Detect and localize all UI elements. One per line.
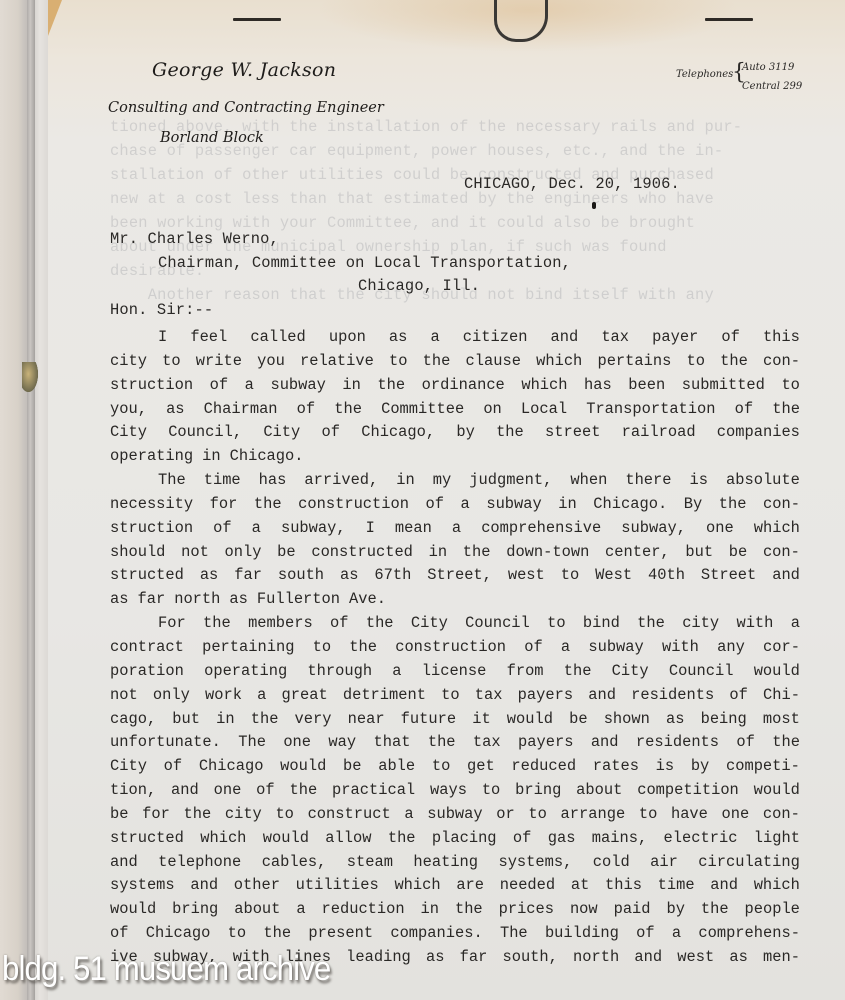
word: the bbox=[564, 660, 592, 684]
telephone-central: Central 299 bbox=[742, 81, 802, 92]
word: comprehensive bbox=[481, 517, 601, 541]
word: work bbox=[205, 684, 242, 708]
recipient-city: Chicago, Ill. bbox=[358, 277, 480, 295]
word: at bbox=[571, 874, 589, 898]
word: in bbox=[202, 445, 220, 469]
word: companies. bbox=[390, 922, 482, 946]
word: The bbox=[238, 731, 266, 755]
word: as bbox=[389, 326, 407, 350]
word: about bbox=[576, 779, 622, 803]
word: as bbox=[729, 946, 747, 970]
word: con- bbox=[763, 803, 800, 827]
word: tax bbox=[601, 326, 629, 350]
word: 67th bbox=[374, 564, 411, 588]
word: Committee bbox=[381, 398, 464, 422]
word: you bbox=[257, 350, 285, 374]
word: tax bbox=[475, 684, 503, 708]
word: of bbox=[426, 493, 444, 517]
word: for bbox=[142, 803, 170, 827]
word: one bbox=[214, 779, 242, 803]
word: the bbox=[254, 493, 282, 517]
word: would bbox=[263, 827, 309, 851]
word: and bbox=[171, 779, 199, 803]
word: tax bbox=[473, 731, 501, 755]
word: cago, bbox=[110, 708, 156, 732]
word: subway bbox=[486, 493, 541, 517]
word: construct bbox=[308, 803, 391, 827]
word: men- bbox=[763, 946, 800, 970]
body-line: beforthecitytoconstructasubwayortoarrang… bbox=[110, 803, 800, 827]
word: the bbox=[637, 612, 665, 636]
watermark: bldg. 51 musuem archive bbox=[2, 950, 330, 989]
word: building bbox=[545, 922, 619, 946]
word: I bbox=[366, 517, 375, 541]
word: only bbox=[225, 541, 262, 565]
word: City bbox=[263, 421, 300, 445]
word: would bbox=[507, 708, 553, 732]
word: the bbox=[701, 898, 729, 922]
word: By bbox=[684, 493, 702, 517]
word: be bbox=[343, 755, 361, 779]
word: but bbox=[685, 541, 713, 565]
word: the bbox=[772, 731, 800, 755]
word: as bbox=[426, 946, 444, 970]
word: or bbox=[496, 803, 514, 827]
word: in bbox=[421, 898, 439, 922]
word: and bbox=[710, 874, 738, 898]
word: of bbox=[524, 636, 542, 660]
word: cold bbox=[593, 851, 630, 875]
word: which bbox=[754, 874, 800, 898]
word: mean bbox=[395, 517, 432, 541]
word: the bbox=[720, 350, 748, 374]
word: present bbox=[308, 922, 373, 946]
word: to bbox=[528, 803, 546, 827]
word: very bbox=[295, 708, 332, 732]
word: far bbox=[460, 946, 488, 970]
word: city bbox=[225, 803, 262, 827]
body-line: structionofasubwayintheordinancewhichhas… bbox=[110, 374, 800, 398]
word: the bbox=[388, 827, 416, 851]
word: be bbox=[277, 541, 295, 565]
word: a bbox=[430, 326, 439, 350]
word: near bbox=[348, 708, 385, 732]
word: construction bbox=[298, 493, 409, 517]
word: bind bbox=[583, 612, 620, 636]
word: would bbox=[754, 660, 800, 684]
word: Council bbox=[465, 612, 530, 636]
word: has bbox=[584, 374, 612, 398]
word: Council bbox=[669, 660, 734, 684]
word: time bbox=[658, 874, 695, 898]
word: City bbox=[612, 660, 649, 684]
word: a bbox=[791, 612, 800, 636]
body-line: Ifeelcalleduponasacitizenandtaxpayerofth… bbox=[110, 326, 800, 350]
letterhead-title: Consulting and Contracting Engineer bbox=[108, 100, 384, 116]
word: be bbox=[729, 541, 747, 565]
word: to bbox=[275, 803, 293, 827]
body-line: ofChicagotothepresentcompanies.Thebuildi… bbox=[110, 922, 800, 946]
word: one bbox=[722, 803, 750, 827]
word: upon bbox=[329, 326, 366, 350]
word: payer bbox=[652, 326, 698, 350]
body-line: structionofasubway,Imeanacomprehensivesu… bbox=[110, 517, 800, 541]
word: paid bbox=[614, 898, 651, 922]
word: west bbox=[508, 564, 545, 588]
word: in bbox=[342, 374, 360, 398]
word: a bbox=[245, 374, 254, 398]
word: been bbox=[628, 374, 665, 398]
word: the bbox=[719, 493, 747, 517]
word: of bbox=[729, 684, 747, 708]
word: and bbox=[551, 326, 579, 350]
word: con- bbox=[763, 541, 800, 565]
word: comprehens- bbox=[698, 922, 800, 946]
word: necessity bbox=[110, 493, 193, 517]
letter-body: Ifeelcalleduponasacitizenandtaxpayerofth… bbox=[110, 326, 800, 970]
word: but bbox=[172, 708, 200, 732]
word: most bbox=[763, 708, 800, 732]
word: as bbox=[200, 564, 218, 588]
word: ordinance bbox=[422, 374, 505, 398]
body-line: structedwhichwouldallowtheplacingofgasma… bbox=[110, 827, 800, 851]
word: bring bbox=[172, 898, 218, 922]
body-line: porationoperatingthroughalicensefromtheC… bbox=[110, 660, 800, 684]
word: of bbox=[513, 827, 531, 851]
word: have bbox=[671, 803, 708, 827]
word: railroad bbox=[622, 421, 696, 445]
word: center, bbox=[605, 541, 670, 565]
word: the bbox=[334, 398, 362, 422]
binder-rod bbox=[27, 0, 35, 1000]
telephones-label: Telephones bbox=[676, 69, 733, 80]
word: cables, bbox=[262, 851, 327, 875]
word: the bbox=[463, 541, 491, 565]
word: as bbox=[166, 398, 184, 422]
word: for bbox=[210, 493, 238, 517]
word: of bbox=[110, 922, 128, 946]
recipient-name: Mr. Charles Werno, bbox=[110, 230, 279, 248]
word: you, bbox=[110, 398, 147, 422]
body-line: CityCouncil,CityofChicago,bythestreetrai… bbox=[110, 421, 800, 445]
word: a bbox=[672, 922, 681, 946]
word: the bbox=[428, 731, 456, 755]
word: which bbox=[754, 517, 800, 541]
word: which bbox=[521, 374, 567, 398]
word: electric bbox=[664, 827, 738, 851]
body-line: ForthemembersoftheCityCounciltobindtheci… bbox=[110, 612, 800, 636]
word: to bbox=[441, 684, 459, 708]
word: of bbox=[213, 517, 231, 541]
word: steam bbox=[347, 851, 393, 875]
word: it bbox=[472, 708, 490, 732]
word: subway, bbox=[621, 517, 686, 541]
word: Chicago bbox=[146, 922, 211, 946]
body-line: citytowriteyourelativetotheclausewhichpe… bbox=[110, 350, 800, 374]
word: this bbox=[763, 326, 800, 350]
word: systems bbox=[110, 874, 175, 898]
word: to bbox=[781, 374, 799, 398]
word: tion, bbox=[110, 779, 156, 803]
word: Street, bbox=[427, 564, 492, 588]
word: struction bbox=[110, 374, 193, 398]
letterhead-address: Borland Block bbox=[160, 130, 264, 146]
word: and bbox=[588, 684, 616, 708]
word: Transportation bbox=[586, 398, 715, 422]
body-line: CityofChicagowouldbeabletogetreducedrate… bbox=[110, 755, 800, 779]
word: con- bbox=[763, 493, 800, 517]
word: detriment bbox=[343, 684, 426, 708]
word: to bbox=[687, 350, 705, 374]
word: from bbox=[507, 660, 544, 684]
word: south, bbox=[502, 946, 557, 970]
word: arrived, bbox=[304, 469, 378, 493]
body-line: systemsandotherutilitieswhichareneededat… bbox=[110, 874, 800, 898]
word: submitted bbox=[682, 374, 765, 398]
word: feel bbox=[190, 326, 227, 350]
word: citizen bbox=[463, 326, 528, 350]
word: would bbox=[754, 779, 800, 803]
word: the bbox=[496, 421, 524, 445]
body-line: contractpertainingtotheconstructionofasu… bbox=[110, 636, 800, 660]
word: this bbox=[605, 874, 642, 898]
word: as bbox=[110, 588, 128, 612]
word: by bbox=[666, 898, 684, 922]
word: a bbox=[404, 803, 413, 827]
body-line: notonlyworkagreatdetrimenttotaxpayersand… bbox=[110, 684, 800, 708]
word: and bbox=[634, 946, 662, 970]
word: be bbox=[110, 803, 128, 827]
word: relative bbox=[300, 350, 374, 374]
body-line: structedasfarsouthas67thStreet,westtoWes… bbox=[110, 564, 800, 588]
word: and bbox=[772, 564, 800, 588]
word: Street bbox=[701, 564, 756, 588]
body-line: shouldnotonlybeconstructedinthedown-town… bbox=[110, 541, 800, 565]
word: future bbox=[401, 708, 456, 732]
word: as bbox=[666, 708, 684, 732]
word: of bbox=[721, 326, 739, 350]
word: pertains bbox=[597, 350, 671, 374]
dateline: CHICAGO, Dec. 20, 1906. bbox=[464, 175, 680, 193]
word: on bbox=[483, 398, 501, 422]
word: absolute bbox=[726, 469, 800, 493]
word: the bbox=[203, 612, 231, 636]
word: the bbox=[455, 898, 483, 922]
word: any bbox=[717, 636, 745, 660]
word: I bbox=[158, 326, 167, 350]
word: payers bbox=[518, 731, 573, 755]
word: to bbox=[389, 350, 407, 374]
word: Fullerton bbox=[257, 588, 340, 612]
word: judgment, bbox=[469, 469, 552, 493]
word: a bbox=[561, 636, 570, 660]
word: by bbox=[456, 421, 474, 445]
word: the bbox=[349, 636, 377, 660]
word: Chicago. bbox=[593, 493, 667, 517]
word: Chi- bbox=[763, 684, 800, 708]
body-line: cago,butintheverynearfutureitwouldbeshow… bbox=[110, 708, 800, 732]
word: down-town bbox=[506, 541, 589, 565]
word: City bbox=[110, 421, 147, 445]
word: Local bbox=[521, 398, 567, 422]
word: poration bbox=[110, 660, 184, 684]
word: members bbox=[248, 612, 313, 636]
word: of bbox=[210, 374, 228, 398]
word: of bbox=[330, 612, 348, 636]
word: north bbox=[573, 946, 619, 970]
body-line: andtelephonecables,steamheatingsystems,c… bbox=[110, 851, 800, 875]
word: heating bbox=[413, 851, 478, 875]
word: City bbox=[110, 755, 147, 779]
word: of bbox=[636, 922, 654, 946]
word: the bbox=[772, 398, 800, 422]
word: 40th bbox=[648, 564, 685, 588]
word: companies bbox=[717, 421, 800, 445]
word: struction bbox=[110, 517, 193, 541]
word: a bbox=[461, 493, 470, 517]
word: competi- bbox=[726, 755, 800, 779]
binder-string-knot bbox=[22, 362, 38, 392]
word: competition bbox=[637, 779, 739, 803]
word: subway bbox=[427, 803, 482, 827]
word: which bbox=[394, 874, 440, 898]
word: write bbox=[196, 350, 242, 374]
word: in bbox=[558, 493, 576, 517]
word: and bbox=[591, 731, 619, 755]
word: payers bbox=[518, 684, 573, 708]
word: to bbox=[561, 564, 579, 588]
word: able bbox=[378, 755, 415, 779]
word: should bbox=[110, 541, 165, 565]
word: reduced bbox=[511, 755, 576, 779]
word: get bbox=[467, 755, 495, 779]
word: city bbox=[110, 350, 147, 374]
word: subway bbox=[270, 374, 325, 398]
word: structed bbox=[110, 564, 184, 588]
word: constructed bbox=[311, 541, 413, 565]
word: Chicago bbox=[199, 755, 264, 779]
word: to bbox=[162, 350, 180, 374]
word: there bbox=[625, 469, 671, 493]
word: the bbox=[377, 374, 405, 398]
body-line: necessityfortheconstructionofasubwayinCh… bbox=[110, 493, 800, 517]
word: as bbox=[229, 588, 247, 612]
word: clause bbox=[466, 350, 521, 374]
word: allow bbox=[325, 827, 371, 851]
word: is bbox=[690, 469, 708, 493]
word: in bbox=[429, 541, 447, 565]
word: For bbox=[158, 612, 186, 636]
word: would bbox=[110, 898, 156, 922]
word: time bbox=[204, 469, 241, 493]
word: through bbox=[307, 660, 372, 684]
word: reduction bbox=[322, 898, 405, 922]
word: to bbox=[228, 922, 246, 946]
word: in bbox=[396, 469, 414, 493]
body-line: you,asChairmanoftheCommitteeonLocalTrans… bbox=[110, 398, 800, 422]
word: to bbox=[432, 755, 450, 779]
word: of bbox=[297, 398, 315, 422]
word: way bbox=[328, 731, 356, 755]
word: the bbox=[251, 708, 279, 732]
word: be bbox=[569, 708, 587, 732]
word: shown bbox=[604, 708, 650, 732]
word: other bbox=[234, 874, 280, 898]
word: rates bbox=[593, 755, 639, 779]
word: by bbox=[691, 755, 709, 779]
word: telephone bbox=[158, 851, 241, 875]
word: a bbox=[392, 660, 401, 684]
word: utilities bbox=[296, 874, 379, 898]
word: one bbox=[283, 731, 311, 755]
word: The bbox=[500, 922, 528, 946]
word: with bbox=[736, 612, 773, 636]
word: are bbox=[456, 874, 484, 898]
word: is bbox=[656, 755, 674, 779]
word: prices bbox=[499, 898, 554, 922]
word: one bbox=[706, 517, 734, 541]
staple-left bbox=[233, 18, 281, 21]
word: to bbox=[313, 636, 331, 660]
body-line: Thetimehasarrived,inmyjudgment,whenthere… bbox=[110, 469, 800, 493]
ink-mark bbox=[592, 202, 596, 209]
word: con- bbox=[763, 350, 800, 374]
word: my bbox=[433, 469, 451, 493]
word: residents bbox=[636, 731, 719, 755]
word: ways bbox=[430, 779, 467, 803]
word: systems, bbox=[498, 851, 572, 875]
body-line: wouldbringaboutareductioninthepricesnowp… bbox=[110, 898, 800, 922]
word: Council, bbox=[168, 421, 242, 445]
word: the bbox=[289, 779, 317, 803]
word: a bbox=[452, 517, 461, 541]
word: operating bbox=[204, 660, 287, 684]
word: to bbox=[547, 612, 565, 636]
word: of bbox=[322, 421, 340, 445]
word: of bbox=[735, 398, 753, 422]
word: in bbox=[216, 708, 234, 732]
word: with bbox=[662, 636, 699, 660]
word: structed bbox=[110, 827, 184, 851]
word: construction bbox=[395, 636, 506, 660]
word: circulating bbox=[698, 851, 800, 875]
binder-edge bbox=[0, 0, 48, 1000]
word: has bbox=[259, 469, 287, 493]
word: air bbox=[650, 851, 678, 875]
word: only bbox=[153, 684, 190, 708]
staple-right bbox=[705, 18, 753, 21]
word: Ave. bbox=[349, 588, 386, 612]
word: of bbox=[164, 755, 182, 779]
recipient-position: Chairman, Committee on Local Transportat… bbox=[158, 254, 571, 272]
word: operating bbox=[110, 445, 193, 469]
word: and bbox=[110, 851, 138, 875]
body-line: asfarnorthasFullertonAve. bbox=[110, 588, 800, 612]
word: pertaining bbox=[202, 636, 294, 660]
word: now bbox=[570, 898, 598, 922]
word: that bbox=[374, 731, 411, 755]
word: to bbox=[482, 779, 500, 803]
word: a bbox=[252, 517, 261, 541]
word: license bbox=[422, 660, 487, 684]
word: a bbox=[296, 898, 305, 922]
word: contract bbox=[110, 636, 184, 660]
word: people bbox=[745, 898, 800, 922]
word: the bbox=[423, 350, 451, 374]
word: being bbox=[701, 708, 747, 732]
body-line: unfortunate.Theonewaythatthetaxpayersand… bbox=[110, 731, 800, 755]
page-corner-fold bbox=[48, 0, 62, 36]
